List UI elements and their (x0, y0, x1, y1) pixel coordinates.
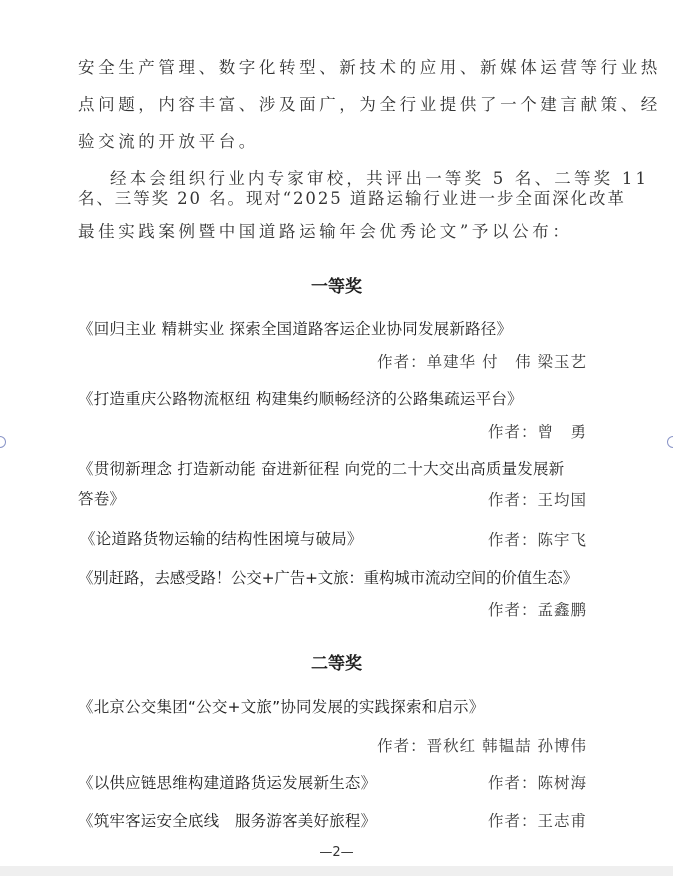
paper-title: 《筑牢客运安全底线 服务游客美好旅程》 (78, 810, 376, 832)
page-number: —2— (0, 844, 673, 862)
intro-paragraph-line: 验交流的开放平台。 (78, 131, 588, 153)
paper-title-continued: 答卷》 (78, 488, 125, 510)
paper-title: 《打造重庆公路物流枢纽 构建集约顺畅经济的公路集疏运平台》 (78, 388, 523, 410)
result-paragraph-line: 经本会组织行业内专家审校，共评出一等奖 5 名、二等奖 11 (110, 168, 588, 190)
paper-author: 作者：晋秋红 韩韫喆 孙博伟 (377, 735, 587, 757)
paper-author: 作者：单建华 付 伟 梁玉艺 (377, 351, 587, 373)
paper-author: 作者：王均国 (488, 489, 587, 511)
page-nav-marker-right-icon[interactable] (667, 436, 673, 448)
result-paragraph-line: 最佳实践案例暨中国道路运输年会优秀论文”予以公布： (78, 221, 588, 243)
intro-paragraph-line: 安全生产管理、数字化转型、新技术的应用、新媒体运营等行业热 (78, 57, 588, 79)
paper-author: 作者：陈树海 (488, 772, 587, 794)
paper-title: 《北京公交集团“公交+文旅”协同发展的实践探索和启示》 (78, 696, 484, 718)
document-page: 安全生产管理、数字化转型、新技术的应用、新媒体运营等行业热 点问题，内容丰富、涉… (0, 0, 673, 866)
paper-author: 作者：曾 勇 (488, 421, 587, 443)
paper-author: 作者：孟鑫鹏 (488, 599, 587, 621)
page-gap-divider (0, 866, 673, 876)
paper-title: 《别赶路，去感受路！公交+广告+文旅：重构城市流动空间的价值生态》 (78, 567, 578, 589)
intro-paragraph-line: 点问题，内容丰富、涉及面广，为全行业提供了一个建言献策、经 (78, 94, 588, 116)
paper-author: 作者：王志甫 (488, 810, 587, 832)
section-heading-second-prize: 二等奖 (0, 653, 673, 675)
paper-title: 《贯彻新理念 打造新动能 奋进新征程 向党的二十大交出高质量发展新 (78, 458, 564, 480)
result-paragraph-line: 名、三等奖 20 名。现对“2025 道路运输行业进一步全面深化改革 (78, 188, 588, 210)
paper-author: 作者：陈宇飞 (488, 529, 587, 551)
paper-title: 《以供应链思维构建道路货运发展新生态》 (78, 772, 376, 794)
paper-title: 《论道路货物运输的结构性困境与破局》 (80, 528, 363, 550)
page-nav-marker-left-icon[interactable] (0, 436, 6, 448)
section-heading-first-prize: 一等奖 (0, 276, 673, 298)
paper-title: 《回归主业 精耕实业 探索全国道路客运企业协同发展新路径》 (78, 318, 512, 340)
